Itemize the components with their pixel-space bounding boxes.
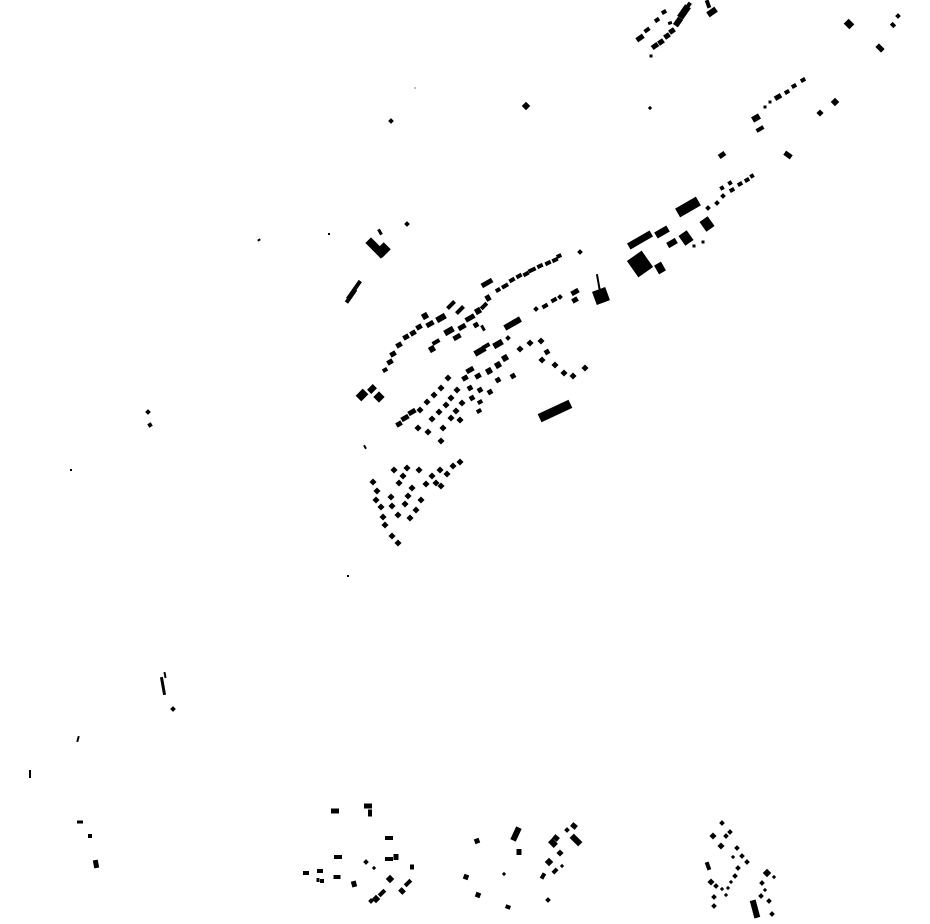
building-footprint [364,804,372,809]
building-footprint [394,854,399,860]
building-footprint [320,879,324,883]
map-canvas [0,0,930,924]
building-footprint [347,575,349,577]
building-footprint [517,849,522,855]
building-footprint [331,809,339,814]
building-footprint [702,241,705,244]
building-footprint [650,55,653,58]
building-footprint [385,836,393,840]
building-footprint [368,810,372,817]
building-footprint-map [0,0,930,924]
building-footprint [415,88,416,89]
building-footprint [317,878,320,882]
building-footprint [334,875,341,879]
building-footprint [70,469,72,471]
building-footprint [764,106,767,109]
building-footprint [693,245,696,248]
building-footprint [410,865,414,870]
building-footprint [29,770,31,778]
building-footprint [385,857,393,861]
building-footprint [77,821,83,824]
building-footprint [88,834,92,838]
building-footprint [303,871,309,875]
building-footprint [317,869,323,873]
building-footprint [769,101,772,104]
building-footprint [334,855,342,859]
map-background [0,0,930,924]
building-footprint [328,233,330,235]
